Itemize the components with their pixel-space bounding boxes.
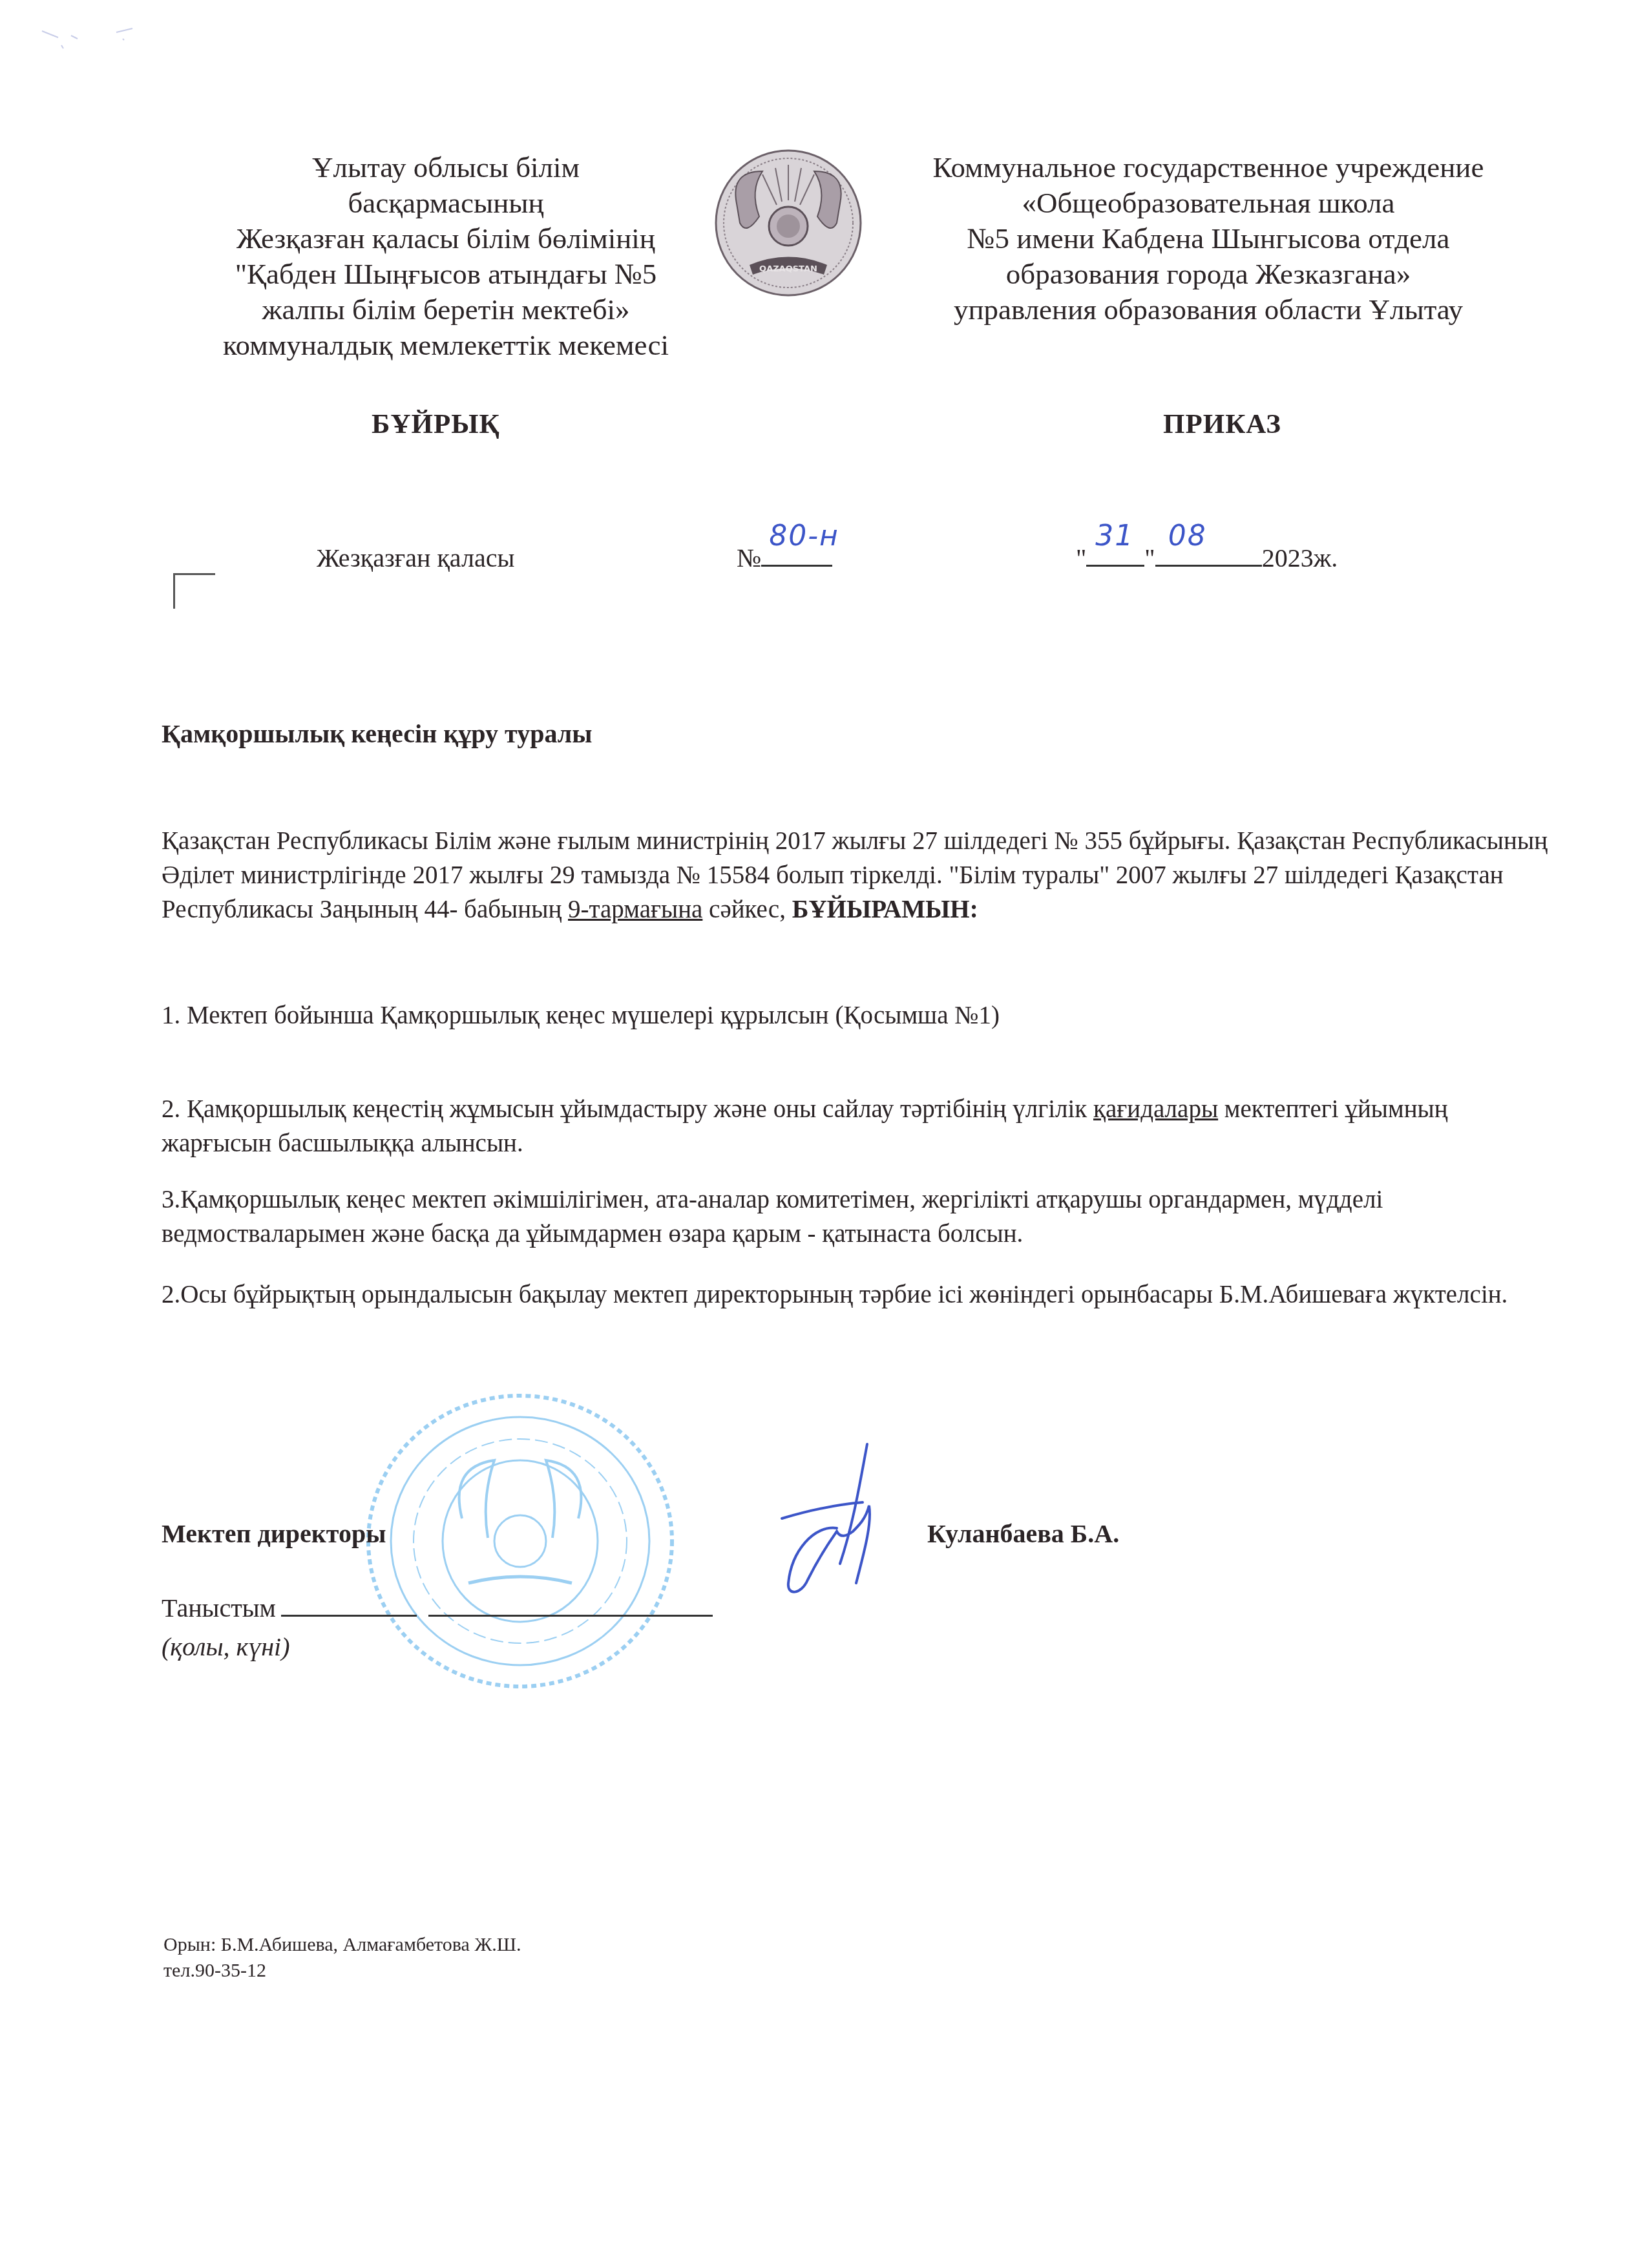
handwritten-number: 80-н <box>769 520 839 552</box>
header-line: коммуналдық мемлекеттік мекемесі <box>168 328 724 363</box>
signatory-position: Мектеп директоры <box>162 1518 386 1549</box>
header-line: Жезқазған қаласы білім бөлімінің <box>168 221 724 257</box>
executors: Орын: Б.М.Абишева, Алмағамбетова Ж.Ш. <box>163 1932 521 1958</box>
header-russian-organization: Коммунальное государственное учреждение … <box>869 150 1548 328</box>
number-blank: 80-н <box>761 545 832 567</box>
handwritten-month: 08 <box>1168 520 1207 552</box>
preamble: Қазақстан Республикасы Білім және ғылым … <box>162 824 1551 927</box>
order-item-2: 2. Қамқоршылық кеңестің жұмысын ұйымдаст… <box>162 1092 1551 1160</box>
footer: Орын: Б.М.Абишева, Алмағамбетова Ж.Ш. те… <box>163 1932 521 1984</box>
order-date: "31"082023ж. <box>1076 543 1338 573</box>
header-line: управления образования области Ұлытау <box>869 292 1548 328</box>
signature-blank[interactable] <box>281 1595 417 1617</box>
doc-type-kazakh: БҰЙРЫҚ <box>372 408 500 440</box>
header-line: жалпы білім беретін мектебі» <box>168 292 724 328</box>
month-blank: 08 <box>1155 545 1262 567</box>
svg-text:QAZAQSTAN: QAZAQSTAN <box>759 264 817 274</box>
preamble-text-after: сәйкес, <box>702 896 792 923</box>
order-word: БҰЙЫРАМЫН: <box>792 896 978 923</box>
header-line: Коммунальное государственное учреждение <box>869 150 1548 185</box>
signatory-name: Куланбаева Б.А. <box>927 1518 1119 1549</box>
doc-type-russian: ПРИКАЗ <box>1163 408 1281 440</box>
date-blank[interactable] <box>428 1595 713 1617</box>
quote-mark: " <box>1076 543 1086 572</box>
phone: тел.90-35-12 <box>163 1958 521 1984</box>
header-line: образования города Жезказгана» <box>869 257 1548 292</box>
header-line: "Қабден Шыңғысов атындағы №5 <box>168 257 724 292</box>
header-line: басқармасының <box>168 185 724 221</box>
order-item-4: 2.Осы бұйрықтың орындалысын бақылау мект… <box>162 1277 1551 1312</box>
scan-artifact <box>26 19 155 52</box>
item-text: 2. Қамқоршылық кеңестің жұмысын ұйымдаст… <box>162 1095 1093 1123</box>
acknowledgement-label: Таныстым <box>162 1593 276 1622</box>
document-title: Қамқоршылық кеңесін құру туралы <box>162 719 592 749</box>
round-seal-stamp-icon <box>352 1389 688 1693</box>
preamble-link[interactable]: 9-тармағына <box>568 896 702 923</box>
day-blank: 31 <box>1086 545 1144 567</box>
number-sign: № <box>737 543 761 572</box>
order-item-3: 3.Қамқоршылық кеңес мектеп әкімшілігімен… <box>162 1182 1551 1251</box>
header-line: Ұлытау облысы білім <box>168 150 724 185</box>
item-link[interactable]: қағидалары <box>1093 1095 1218 1123</box>
corner-mark <box>173 573 215 609</box>
header-line: №5 имени Кабдена Шынгысова отдела <box>869 221 1548 257</box>
city-label: Жезқазған қаласы <box>317 543 514 573</box>
year-suffix: 2023ж. <box>1262 543 1338 572</box>
handwritten-day: 31 <box>1095 520 1134 552</box>
handwritten-signature-icon <box>756 1428 911 1602</box>
header-line: «Общеобразовательная школа <box>869 185 1548 221</box>
acknowledgement-line: Таныстым <box>162 1593 713 1623</box>
order-number: №80-н <box>737 543 832 573</box>
order-item-1: 1. Мектеп бойынша Қамқоршылық кеңес мүше… <box>162 998 1551 1033</box>
acknowledgement-note: (қолы, күні) <box>162 1632 290 1662</box>
header-kazakh-organization: Ұлытау облысы білім басқармасының Жезқаз… <box>168 150 724 363</box>
quote-mark: " <box>1144 543 1155 572</box>
state-emblem-icon: QAZAQSTAN <box>711 145 866 300</box>
